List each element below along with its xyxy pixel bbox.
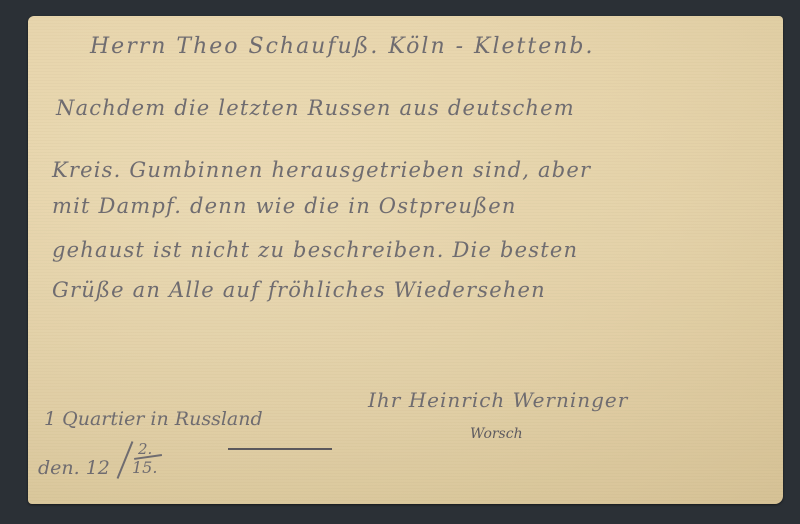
body-line-4: gehaust ist nicht zu beschreiben. Die be… (52, 238, 578, 262)
body-line-2: Kreis. Gumbinnen herausgetrieben sind, a… (52, 158, 591, 182)
date-fraction: 2. 15. (120, 452, 162, 482)
body-line-1: Nachdem die letzten Russen aus deutschem (56, 96, 575, 120)
signature: Ihr Heinrich Werninger (368, 388, 628, 412)
location-note: 1 Quartier in Russland (44, 408, 263, 430)
body-line-5: Grüße an Alle auf fröhliches Wiedersehen (52, 278, 546, 302)
underline-divider (228, 448, 332, 450)
body-line-3: mit Dampf. denn wie die in Ostpreußen (52, 194, 517, 218)
postcard: Herrn Theo Schaufuß. Köln - Klettenb. Na… (28, 16, 783, 504)
date-month: 2. (138, 440, 152, 458)
signature-note: Worsch (470, 426, 523, 442)
date-prefix: den. 12 (38, 457, 110, 479)
address-line: Herrn Theo Schaufuß. Köln - Klettenb. (90, 34, 595, 59)
date-year: 15. (132, 458, 157, 477)
date-note: den. 12 2. 15. (38, 452, 162, 482)
date-slash (117, 441, 134, 479)
